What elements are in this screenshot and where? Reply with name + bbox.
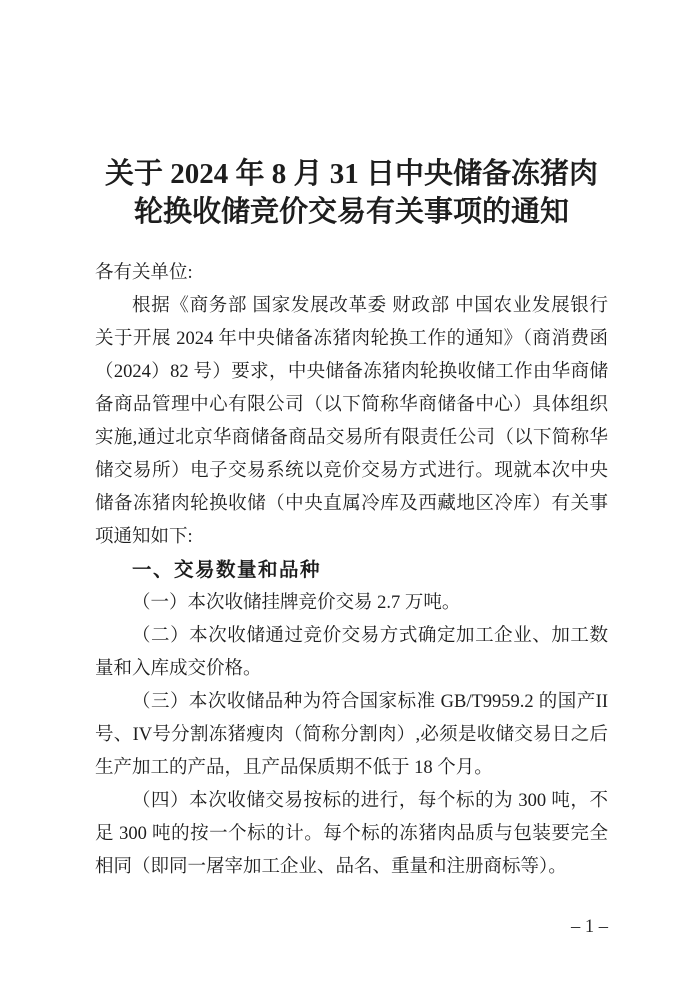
paragraph1-line-5: 实施,通过北京华商储备商品交易所有限责任公司（以下简称华 bbox=[95, 422, 608, 455]
paragraph1-line-6: 储交易所）电子交易系统以竞价交易方式进行。现就本次中央 bbox=[95, 455, 608, 488]
item3-line-2: 号、IV号分割冻猪瘦肉（简称分割肉）,必须是收储交易日之后 bbox=[95, 719, 608, 752]
item2-line-1: （二）本次收储通过竞价交易方式确定加工企业、加工数 bbox=[95, 620, 608, 653]
item4-line-2: 足 300 吨的按一个标的计。每个标的冻猪肉品质与包装要完全 bbox=[95, 818, 608, 851]
item3-line-3: 生产加工的产品，且产品保质期不低于 18 个月。 bbox=[95, 752, 608, 785]
document-page: 关于 2024 年 8 月 31 日中央储备冻猪肉 轮换收储竞价交易有关事项的通… bbox=[0, 0, 700, 989]
title-line-1: 关于 2024 年 8 月 31 日中央储备冻猪肉 bbox=[95, 155, 608, 193]
item2-line-2: 量和入库成交价格。 bbox=[95, 653, 608, 686]
item1-line-1: （一）本次收储挂牌竞价交易 2.7 万吨。 bbox=[95, 587, 608, 620]
document-title: 关于 2024 年 8 月 31 日中央储备冻猪肉 轮换收储竞价交易有关事项的通… bbox=[95, 155, 608, 231]
page-number: – 1 – bbox=[571, 917, 608, 937]
document-body: 各有关单位: 根据《商务部 国家发展改革委 财政部 中国农业发展银行 关于开展 … bbox=[95, 257, 608, 884]
greeting: 各有关单位: bbox=[95, 257, 608, 290]
item4-line-3: 相同（即同一屠宰加工企业、品名、重量和注册商标等）。 bbox=[95, 851, 608, 884]
item4-line-1: （四）本次收储交易按标的进行，每个标的为 300 吨，不 bbox=[95, 785, 608, 818]
paragraph1-line-7: 储备冻猪肉轮换收储（中央直属冷库及西藏地区冷库）有关事 bbox=[95, 488, 608, 521]
paragraph1-line-1: 根据《商务部 国家发展改革委 财政部 中国农业发展银行 bbox=[95, 290, 608, 323]
page-footer: – 1 – bbox=[95, 916, 608, 938]
paragraph1-line-2: 关于开展 2024 年中央储备冻猪肉轮换工作的通知》（商消费函 bbox=[95, 323, 608, 356]
paragraph1-line-3: （2024）82 号）要求，中央储备冻猪肉轮换收储工作由华商储 bbox=[95, 356, 608, 389]
paragraph1-line-4: 备商品管理中心有限公司（以下简称华商储备中心）具体组织 bbox=[95, 389, 608, 422]
section1-heading: 一、交易数量和品种 bbox=[95, 554, 608, 587]
item3-line-1: （三）本次收储品种为符合国家标准 GB/T9959.2 的国产II bbox=[95, 686, 608, 719]
title-line-2: 轮换收储竞价交易有关事项的通知 bbox=[95, 193, 608, 231]
paragraph1-line-8: 项通知如下: bbox=[95, 521, 608, 554]
